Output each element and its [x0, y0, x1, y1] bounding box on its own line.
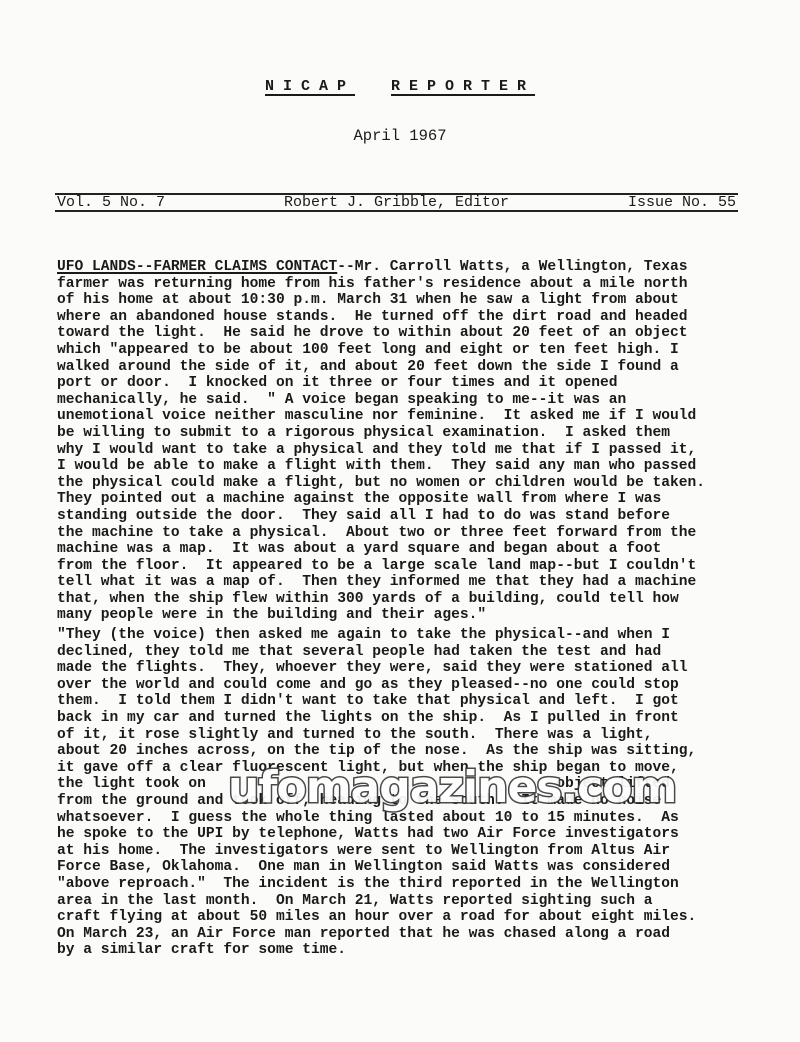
masthead-nicap: NICAP [265, 78, 355, 95]
watermark: ufomagazines.com [228, 762, 676, 813]
editor-credit: Robert J. Gribble, Editor [284, 194, 509, 211]
issue-date: April 1967 [0, 127, 800, 145]
volume-number: Vol. 5 No. 7 [57, 194, 165, 211]
paragraph-1-text: --Mr. Carroll Watts, a Wellington, Texas… [57, 259, 705, 623]
masthead-title: NICAPREPORTER [0, 78, 800, 95]
article-paragraph-1: UFO LANDS--FARMER CLAIMS CONTACT--Mr. Ca… [57, 259, 777, 624]
masthead-reporter: REPORTER [391, 78, 535, 95]
article-headline: UFO LANDS--FARMER CLAIMS CONTACT [57, 259, 337, 275]
issue-info-bar: Vol. 5 No. 7 Robert J. Gribble, Editor I… [55, 193, 738, 212]
issue-number: Issue No. 55 [628, 194, 736, 211]
